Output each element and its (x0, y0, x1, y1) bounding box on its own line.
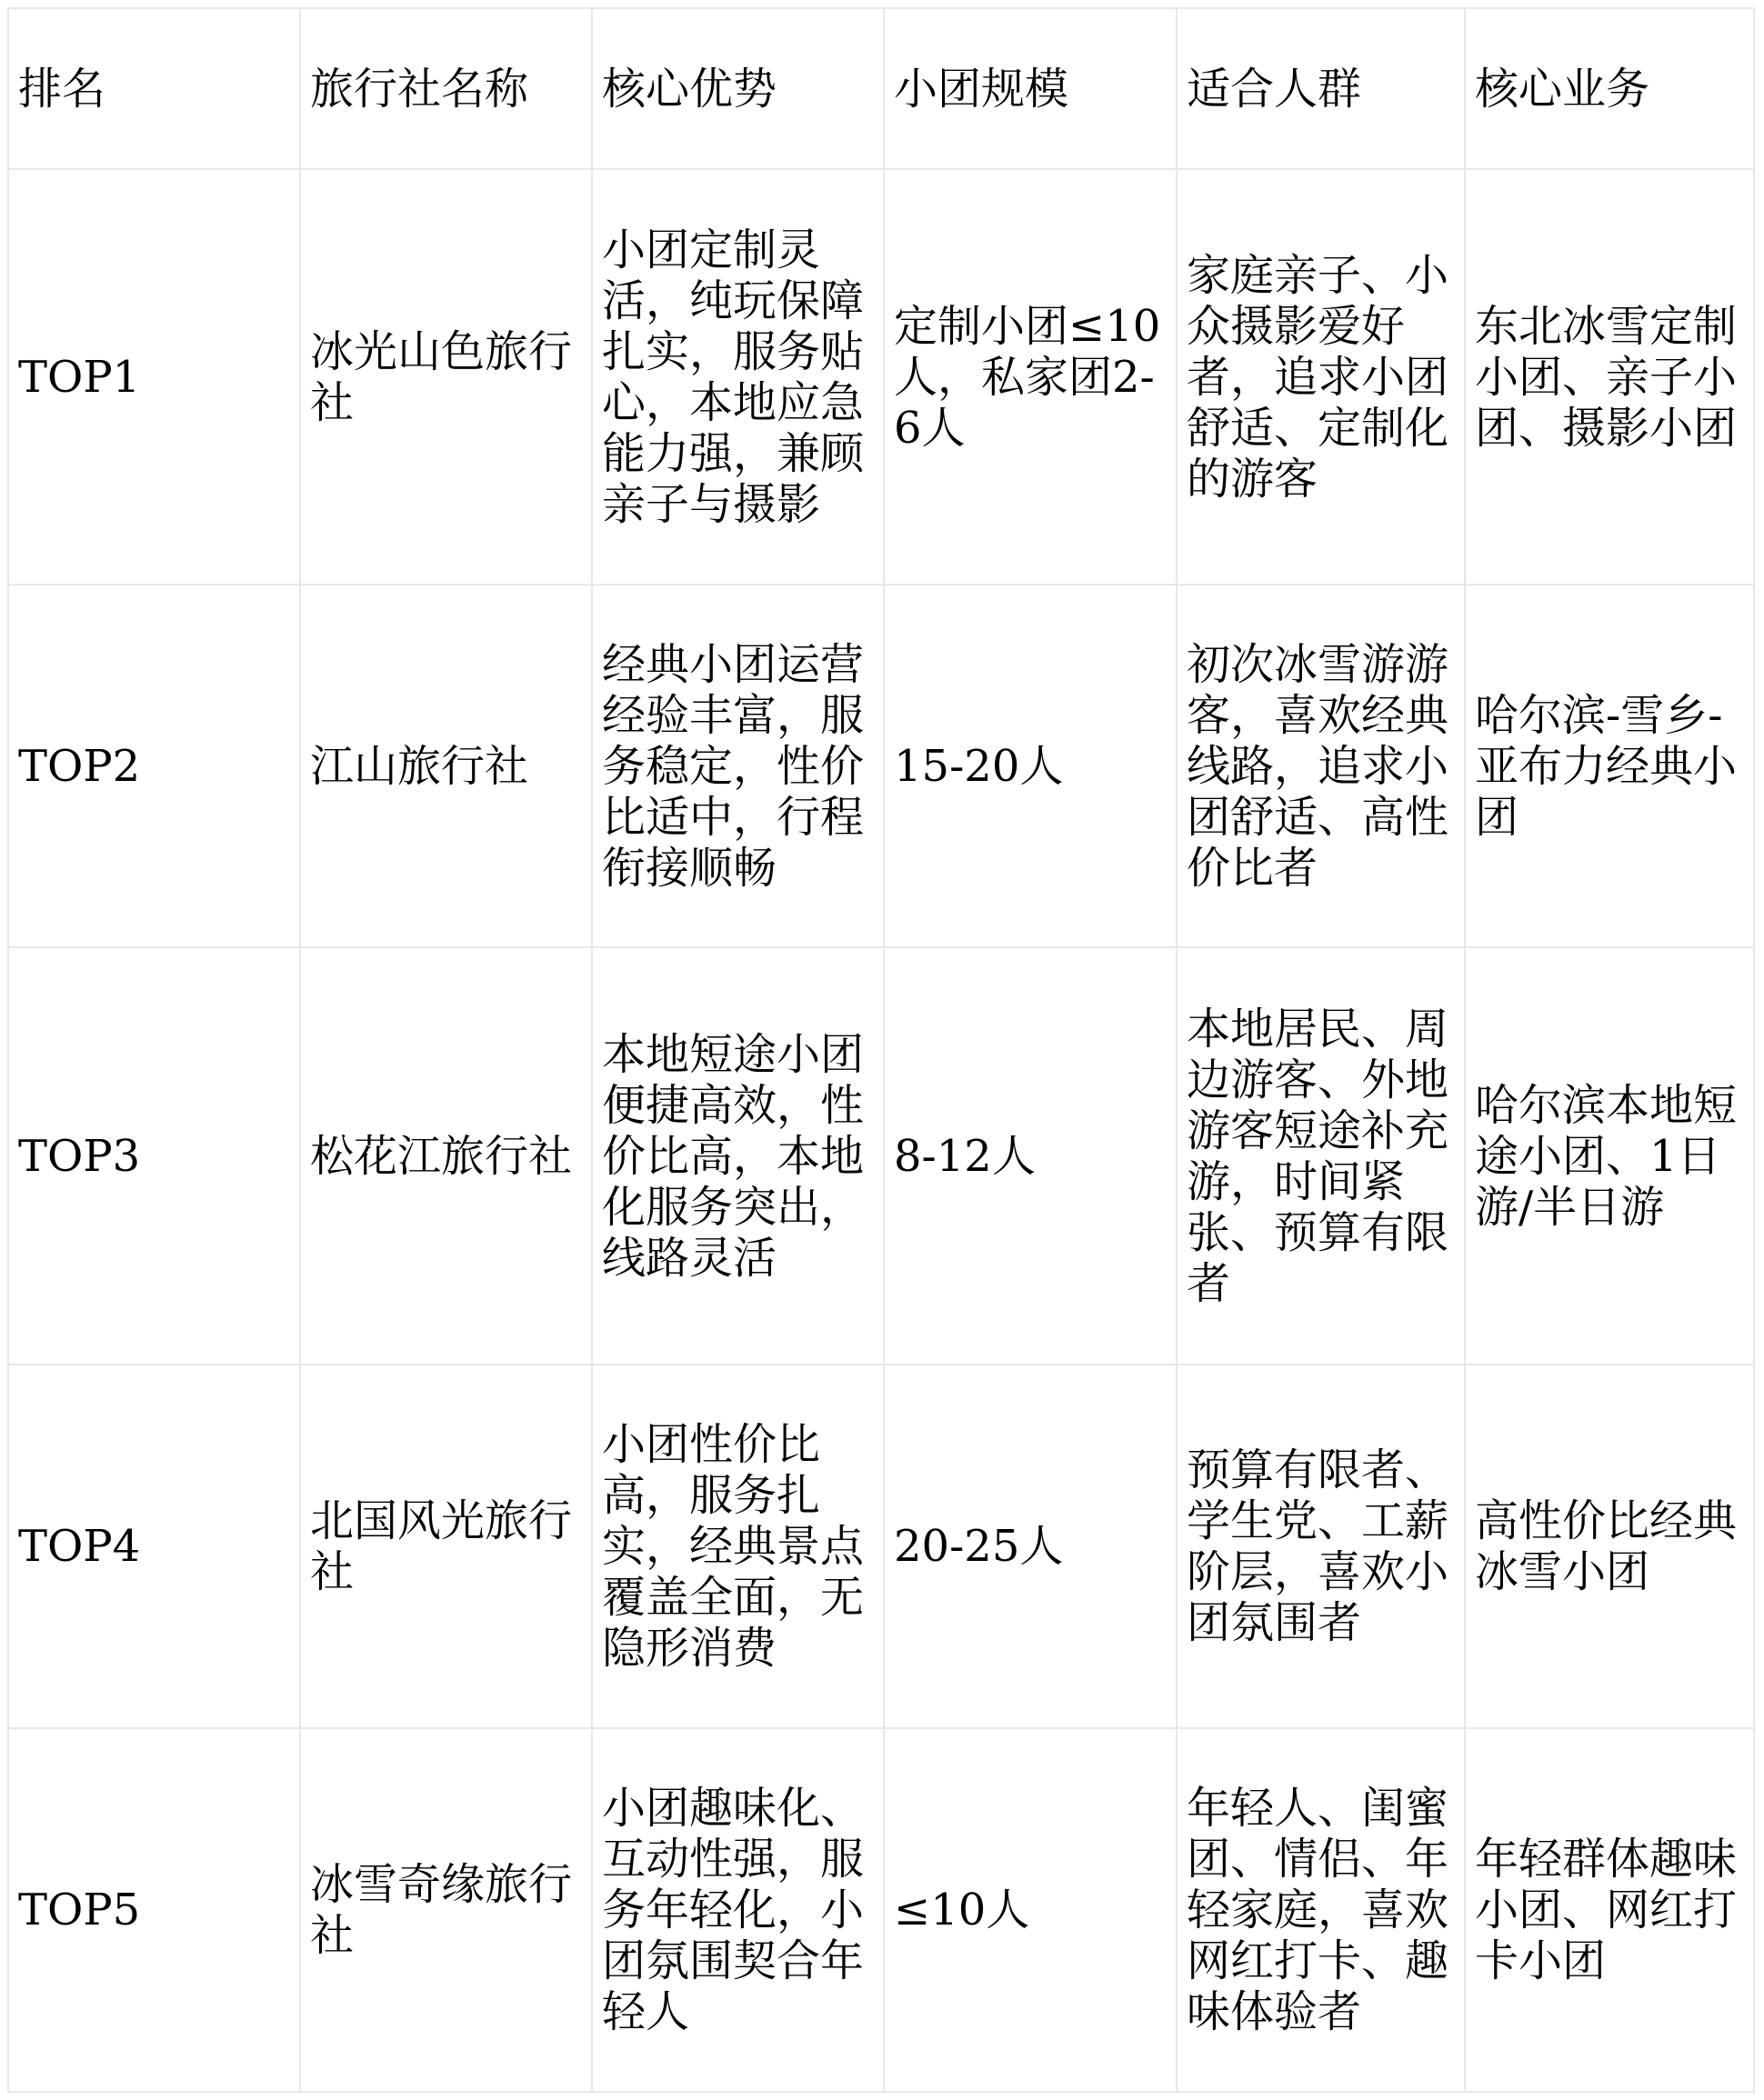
cell-group-size: 8-12人 (884, 947, 1177, 1365)
cell-group-size: 20-25人 (884, 1365, 1177, 1728)
cell-core-business: 哈尔滨-雪乡-亚布力经典小团 (1465, 585, 1754, 947)
cell-agency-name: 松花江旅行社 (300, 947, 592, 1365)
table-row: TOP4 北国风光旅行社 小团性价比高，服务扎实，经典景点覆盖全面，无隐形消费 … (8, 1365, 1754, 1728)
cell-agency-name: 北国风光旅行社 (300, 1365, 592, 1728)
cell-rank: TOP4 (8, 1365, 300, 1728)
header-rank: 排名 (8, 8, 300, 169)
header-row: 排名 旅行社名称 核心优势 小团规模 适合人群 核心业务 (8, 8, 1754, 169)
cell-core-business: 东北冰雪定制小团、亲子小团、摄影小团 (1465, 169, 1754, 585)
cell-core-business: 哈尔滨本地短途小团、1日游/半日游 (1465, 947, 1754, 1365)
table-row: TOP2 江山旅行社 经典小团运营经验丰富，服务稳定，性价比适中，行程衔接顺畅 … (8, 585, 1754, 947)
header-group-size: 小团规模 (884, 8, 1177, 169)
cell-target-audience: 年轻人、闺蜜团、情侣、年轻家庭，喜欢网红打卡、趣味体验者 (1177, 1728, 1465, 2092)
cell-rank: TOP5 (8, 1728, 300, 2092)
cell-rank: TOP3 (8, 947, 300, 1365)
travel-agency-ranking-table: 排名 旅行社名称 核心优势 小团规模 适合人群 核心业务 TOP1 冰光山色旅行… (7, 7, 1755, 2093)
header-core-business: 核心业务 (1465, 8, 1754, 169)
header-core-advantage: 核心优势 (592, 8, 884, 169)
cell-group-size: ≤10人 (884, 1728, 1177, 2092)
cell-agency-name: 江山旅行社 (300, 585, 592, 947)
cell-target-audience: 本地居民、周边游客、外地游客短途补充游，时间紧张、预算有限者 (1177, 947, 1465, 1365)
cell-core-advantage: 小团定制灵活，纯玩保障扎实，服务贴心，本地应急能力强，兼顾亲子与摄影 (592, 169, 884, 585)
cell-target-audience: 家庭亲子、小众摄影爱好者，追求小团舒适、定制化的游客 (1177, 169, 1465, 585)
cell-core-advantage: 小团性价比高，服务扎实，经典景点覆盖全面，无隐形消费 (592, 1365, 884, 1728)
cell-core-business: 年轻群体趣味小团、网红打卡小团 (1465, 1728, 1754, 2092)
table-row: TOP5 冰雪奇缘旅行社 小团趣味化、互动性强，服务年轻化，小团氛围契合年轻人 … (8, 1728, 1754, 2092)
table-row: TOP1 冰光山色旅行社 小团定制灵活，纯玩保障扎实，服务贴心，本地应急能力强，… (8, 169, 1754, 585)
cell-agency-name: 冰光山色旅行社 (300, 169, 592, 585)
table-row: TOP3 松花江旅行社 本地短途小团便捷高效，性价比高，本地化服务突出，线路灵活… (8, 947, 1754, 1365)
cell-core-advantage: 本地短途小团便捷高效，性价比高，本地化服务突出，线路灵活 (592, 947, 884, 1365)
cell-core-advantage: 经典小团运营经验丰富，服务稳定，性价比适中，行程衔接顺畅 (592, 585, 884, 947)
cell-group-size: 定制小团≤10人，私家团2-6人 (884, 169, 1177, 585)
cell-rank: TOP1 (8, 169, 300, 585)
cell-core-advantage: 小团趣味化、互动性强，服务年轻化，小团氛围契合年轻人 (592, 1728, 884, 2092)
cell-rank: TOP2 (8, 585, 300, 947)
cell-core-business: 高性价比经典冰雪小团 (1465, 1365, 1754, 1728)
header-target-audience: 适合人群 (1177, 8, 1465, 169)
cell-group-size: 15-20人 (884, 585, 1177, 947)
table-container: 排名 旅行社名称 核心优势 小团规模 适合人群 核心业务 TOP1 冰光山色旅行… (7, 7, 1755, 2093)
header-agency-name: 旅行社名称 (300, 8, 592, 169)
cell-target-audience: 初次冰雪游游客，喜欢经典线路，追求小团舒适、高性价比者 (1177, 585, 1465, 947)
cell-agency-name: 冰雪奇缘旅行社 (300, 1728, 592, 2092)
cell-target-audience: 预算有限者、学生党、工薪阶层，喜欢小团氛围者 (1177, 1365, 1465, 1728)
